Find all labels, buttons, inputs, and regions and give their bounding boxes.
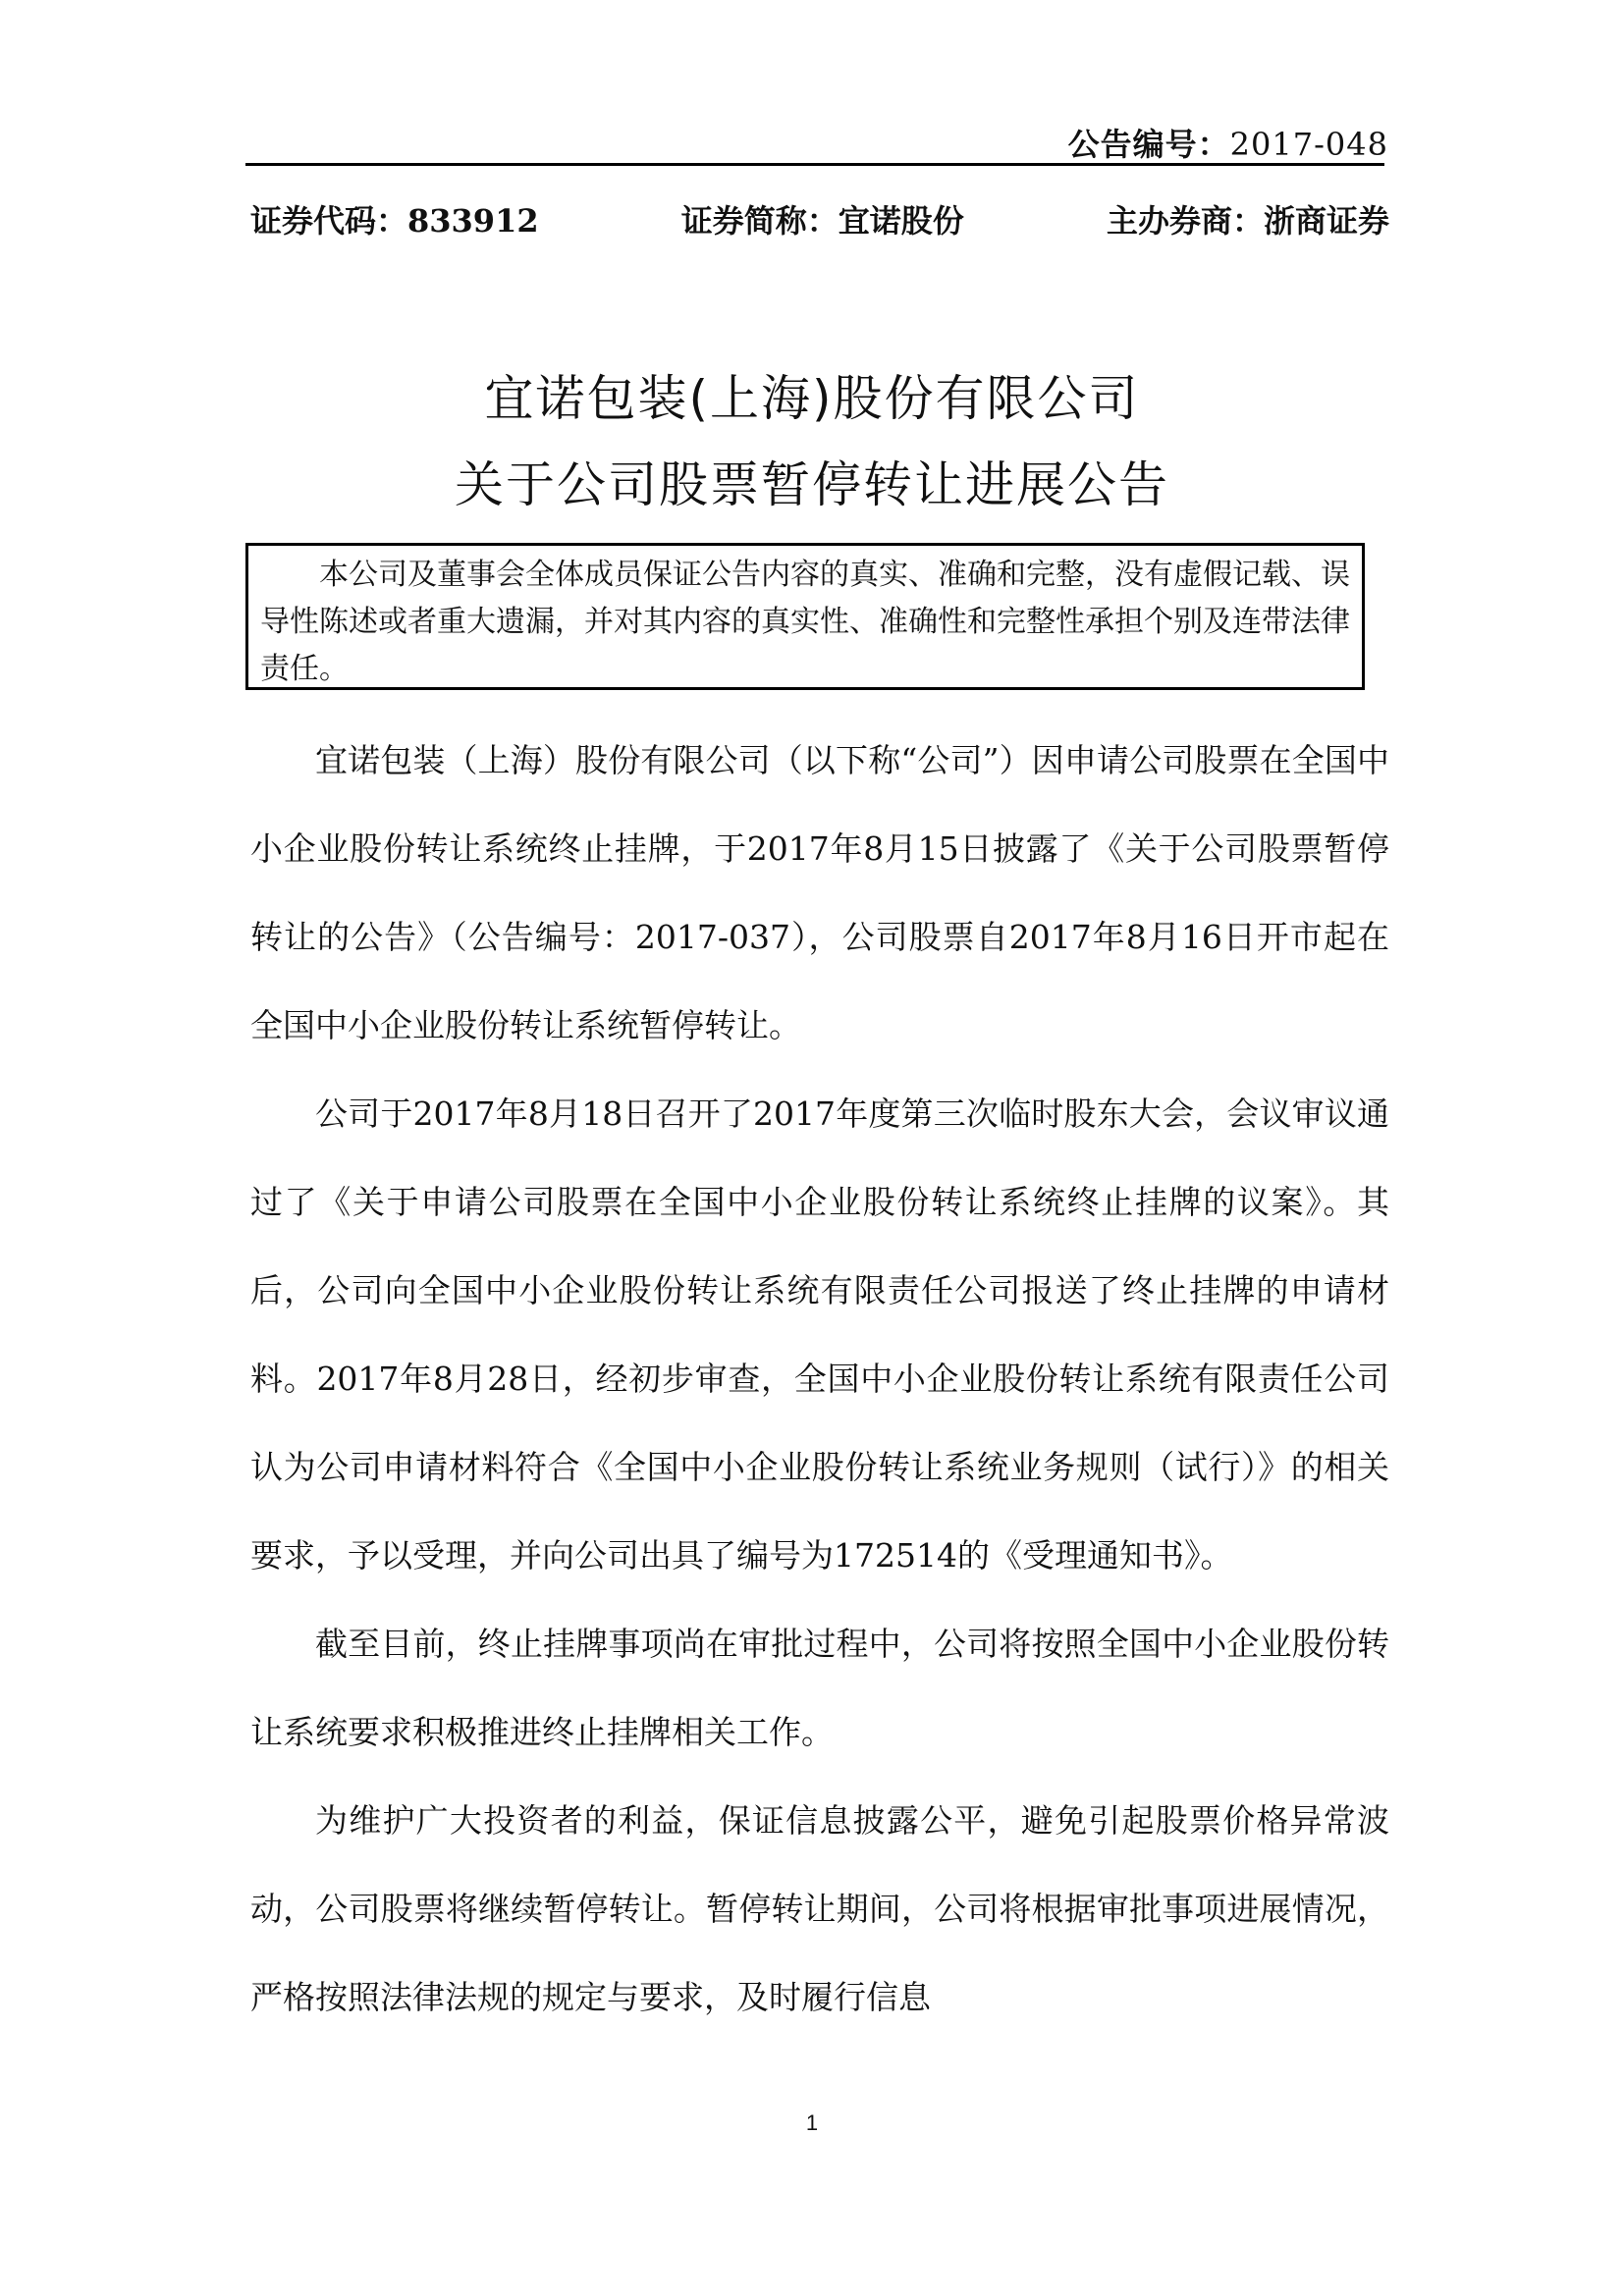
- security-info-row: 证券代码：833912 证券简称：宜诺股份 主办券商：浙商证券: [250, 196, 1389, 241]
- notice-number: 公告编号：2017-048: [1068, 120, 1388, 165]
- document-body: 宜诺包装（上海）股份有限公司（以下称“公司”）因申请公司股票在全国中小企业股份转…: [250, 717, 1389, 2042]
- notice-number-value: 2017-048: [1230, 126, 1388, 163]
- security-short-name: 证券简称：宜诺股份: [681, 196, 964, 241]
- page-number: 1: [0, 2110, 1624, 2136]
- security-code: 证券代码：833912: [250, 196, 539, 241]
- board-statement-box: 本公司及董事会全体成员保证公告内容的真实、准确和完整，没有虚假记载、误导性陈述或…: [245, 543, 1365, 690]
- paragraph: 为维护广大投资者的利益，保证信息披露公平，避免引起股票价格异常波动，公司股票将继…: [250, 1777, 1389, 2042]
- header-rule: [245, 163, 1384, 166]
- document-title-company: 宜诺包装(上海)股份有限公司: [0, 359, 1624, 430]
- paragraph: 公司于2017年8月18日召开了2017年度第三次临时股东大会，会议审议通过了《…: [250, 1070, 1389, 1600]
- sponsor-broker: 主办券商：浙商证券: [1107, 196, 1389, 241]
- paragraph: 宜诺包装（上海）股份有限公司（以下称“公司”）因申请公司股票在全国中小企业股份转…: [250, 717, 1389, 1070]
- notice-number-label: 公告编号：: [1068, 126, 1230, 163]
- paragraph: 截至目前，终止挂牌事项尚在审批过程中，公司将按照全国中小企业股份转让系统要求积极…: [250, 1600, 1389, 1777]
- document-title-subject: 关于公司股票暂停转让进展公告: [0, 446, 1624, 516]
